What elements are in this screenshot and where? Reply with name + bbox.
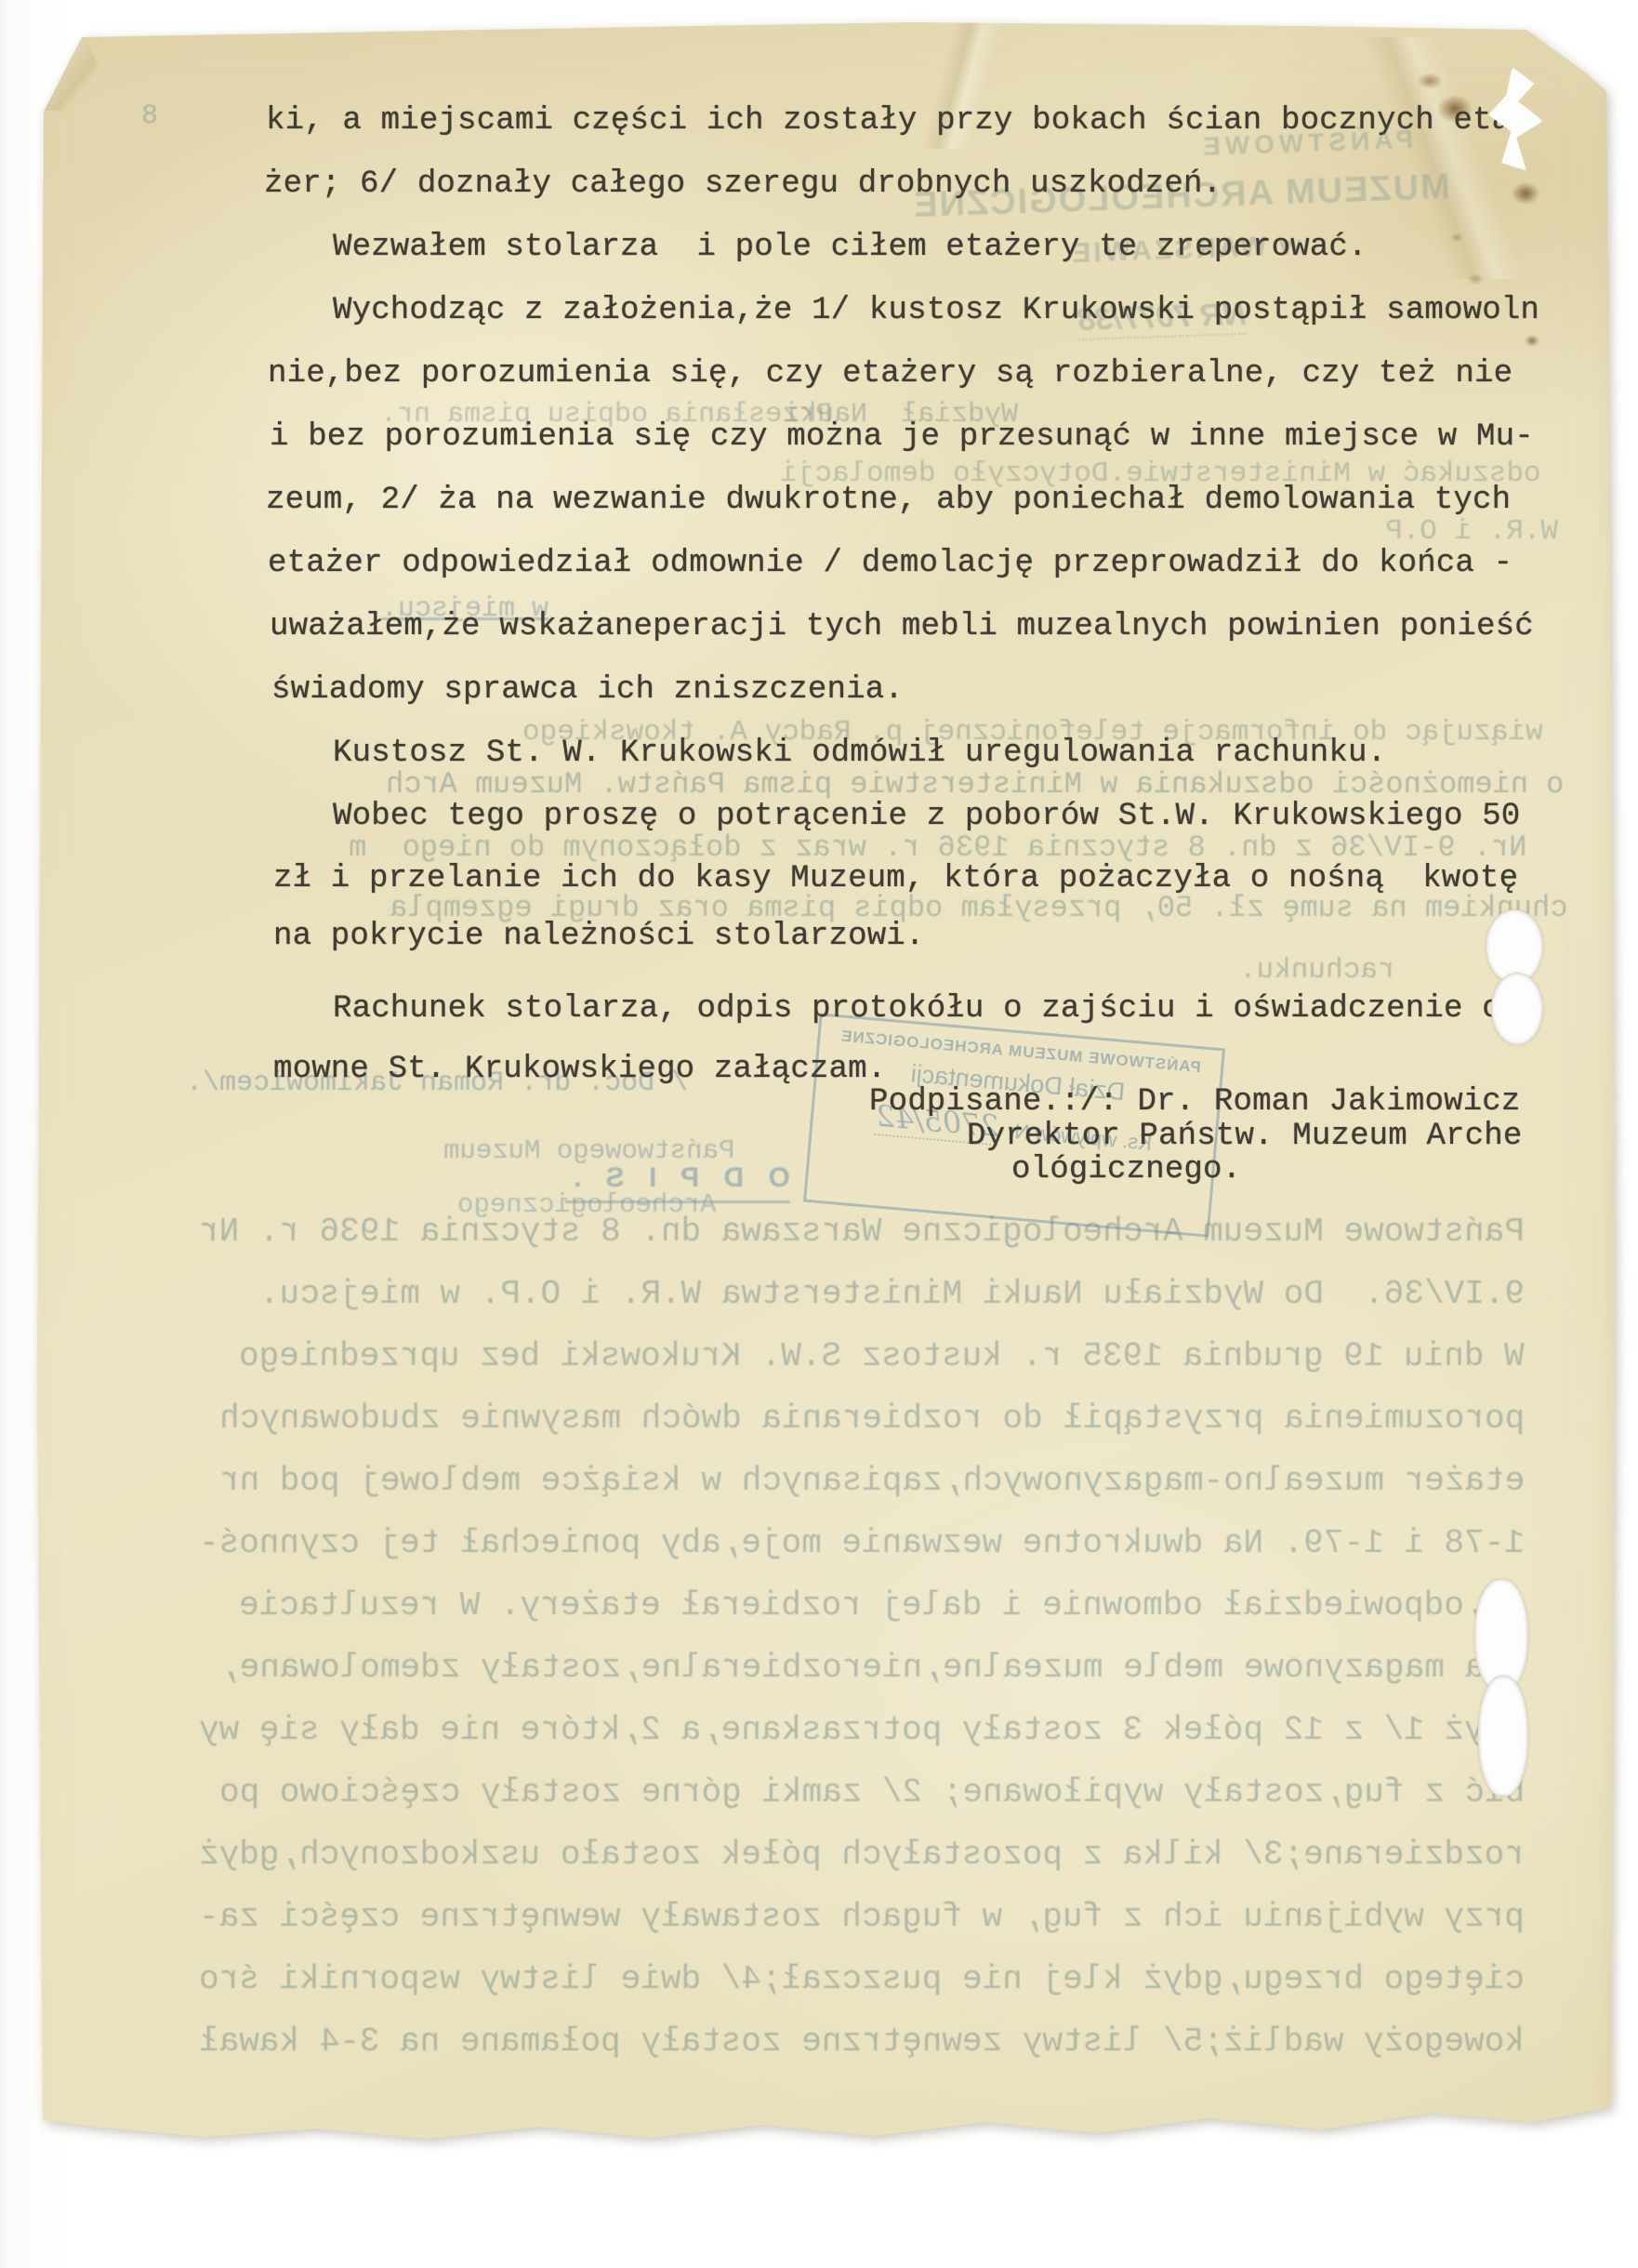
typed-line: na pokrycie należności stolarzowi. [273,917,925,956]
showthrough-line: gdyż 1/ z 12 półek 3 zostały potrzaskane… [199,1711,1525,1750]
typed-line: Rachunek stolarza, odpis protokółu o zaj… [333,989,1539,1028]
stain [1467,273,1484,285]
punch-hole [1478,1676,1528,1797]
showthrough-line: porozumienia przystąpił do rozbierania d… [219,1399,1525,1439]
showthrough-line: rozdzierane;3/ kilka z pozostałych półek… [199,1836,1525,1875]
scanned-document-page: PAŃSTWOWE MUZEUM ARCHEOLOGICZNE w WARSZA… [0,0,1638,2268]
showthrough-page-number: 8 [141,97,158,136]
stain [1450,232,1463,243]
showthrough-line: 1-78 i 1-79. Na dwukrotne wezwanie moje,… [199,1524,1525,1563]
typed-line: Kustosz St. W. Krukowski odmówił uregulo… [333,734,1386,773]
punch-hole [1491,973,1543,1045]
typed-line: zeum, 2/ ża na wezwanie dwukrotne, aby p… [266,481,1511,520]
typed-line: żer; 6/ doznały całego szeregu drobnych … [264,165,1222,204]
showthrough-line: dwa magazynowe meble muzealne,nierozbier… [219,1649,1525,1688]
typed-line: nie,bez porozumienia się, czy etażery są… [268,354,1513,393]
paper-sheet: PAŃSTWOWE MUZEUM ARCHEOLOGICZNE w WARSZA… [0,0,1638,2268]
showthrough-line: przy wybijaniu ich z fug, w fugach zosta… [199,1898,1525,1937]
showthrough-line: kowegoży wadliż;5/ listwy zewnętrzne zos… [199,2023,1525,2062]
showthrough-line: etażer muzealno-magazynowych,zapisanych … [219,1462,1525,1501]
stain [1512,182,1539,205]
showthrough-line: bić z fug,zostały wypiłowane; 2/ zamki g… [219,1773,1525,1812]
typed-line: Wychodząc z założenia,że 1/ kustosz Kruk… [333,291,1539,330]
showthrough-line: W dniu 19 grudnia 1935 r. kustosz S.W. K… [239,1337,1525,1376]
typed-line: i bez porozumienia się czy można je prze… [270,418,1534,457]
typed-line: zł i przelanie ich do kasy Muzeum, która… [273,859,1518,898]
odpis-stamp: O D P I S . [565,1159,790,1203]
typed-line: świadomy sprawca ich zniszczenia. [271,670,904,710]
signature-line: Podpisane.:/: Dr. Roman Jakimowicz [869,1082,1521,1121]
showthrough-line: ci,odpowiedział odmownie i dalej rozbier… [239,1586,1525,1625]
showthrough-line: 9.IV/36. Do Wydziału Nauki Ministerstwa … [259,1275,1525,1314]
stain [1525,335,1539,347]
signature-line: ológicznego. [1011,1150,1241,1189]
folded-corner [41,32,121,117]
typed-line: etażer odpowiedział odmownie / demolację… [268,544,1513,583]
stain [1417,73,1443,89]
typed-line: mowne St. Krukowskiego załączam. [273,1050,886,1089]
typed-line: uważałem,że wskażaneperacji tych mebli m… [270,607,1534,646]
typed-line: Wezwałem stolarza i pole ciłem etażery t… [333,228,1367,267]
paper-shadow-wrap: PAŃSTWOWE MUZEUM ARCHEOLOGICZNE w WARSZA… [0,0,1638,2268]
typed-line: ki, a miejscami części ich zostały przy … [266,101,1530,140]
showthrough-line: Państwowe Muzeum Archeologiczne Warszawa… [199,1213,1525,1252]
showthrough-fragment: rachunku. [1239,951,1394,990]
showthrough-line: ciętego brzegu,gdyż klej nie puszczał;4/… [199,1960,1525,1999]
typed-line: Wobec tego proszę o potrącenie z poborów… [333,797,1520,836]
